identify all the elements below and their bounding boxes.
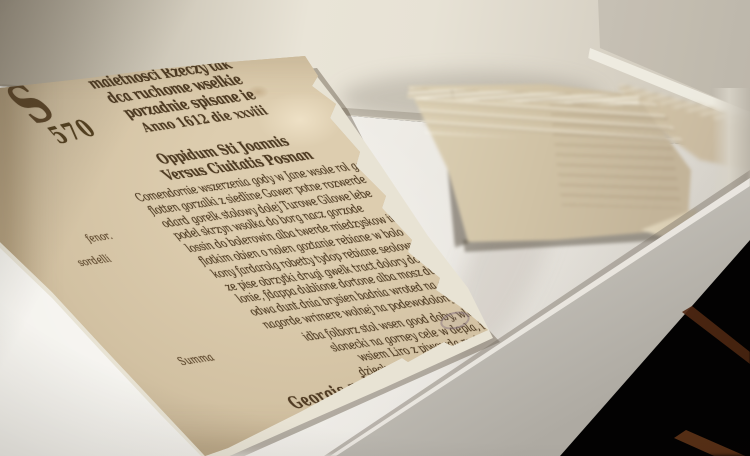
archive-photo-scene: S Inuentarz Comendorskimaietnosci Rzeczy… bbox=[0, 0, 750, 456]
stack-faint-writing bbox=[541, 99, 688, 218]
